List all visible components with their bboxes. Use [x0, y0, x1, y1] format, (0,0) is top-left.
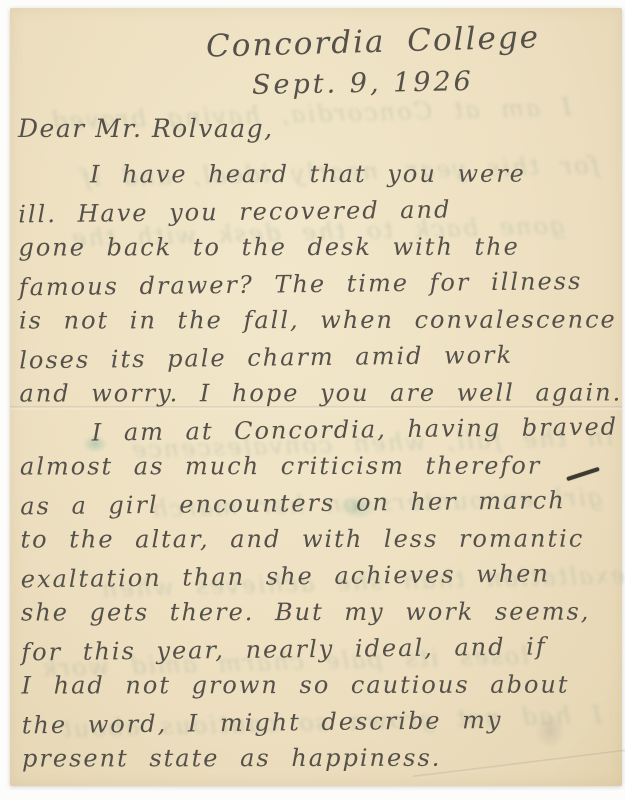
salutation: Dear Mr. Rolvaag, [18, 114, 274, 143]
letter-body: I have heard that you were ill. Have you… [18, 154, 620, 779]
letter-line: ill. Have you recovered and [18, 189, 616, 232]
letter-line: as a girl encounters on her march [20, 481, 618, 524]
letter-line: to the altar, and with less romantic [20, 520, 618, 558]
letter-line: exaltation than she achieves when [21, 554, 619, 597]
letter-paper: I am at Concordia, having braved for thi… [10, 8, 622, 786]
letter-line: I had not grown so cautious about [21, 666, 619, 704]
heading-date: Sept. 9, 1926 [252, 66, 474, 101]
letter-line: gone back to the desk with the [18, 228, 616, 266]
letter-line: famous drawer? The time for illness [19, 262, 617, 305]
letter-line: almost as much criticism therefor [20, 447, 618, 485]
letter-line: and worry. I hope you are well again. [19, 374, 617, 412]
letter-line: is not in the fall, when convalescence [19, 301, 617, 339]
heading-organization: Concordia College [206, 19, 541, 64]
letter-line: present state as happiness. [22, 739, 620, 777]
letter-line: I have heard that you were [18, 155, 616, 193]
letter-line: I am at Concordia, having braved [20, 408, 618, 451]
letter-line: she gets there. But my work seems, [21, 593, 619, 631]
letter-line: for this year, nearly ideal, and if [21, 627, 619, 670]
letter-line: loses its pale charm amid work [19, 335, 617, 378]
letter-line: the word, I might describe my [22, 700, 620, 743]
